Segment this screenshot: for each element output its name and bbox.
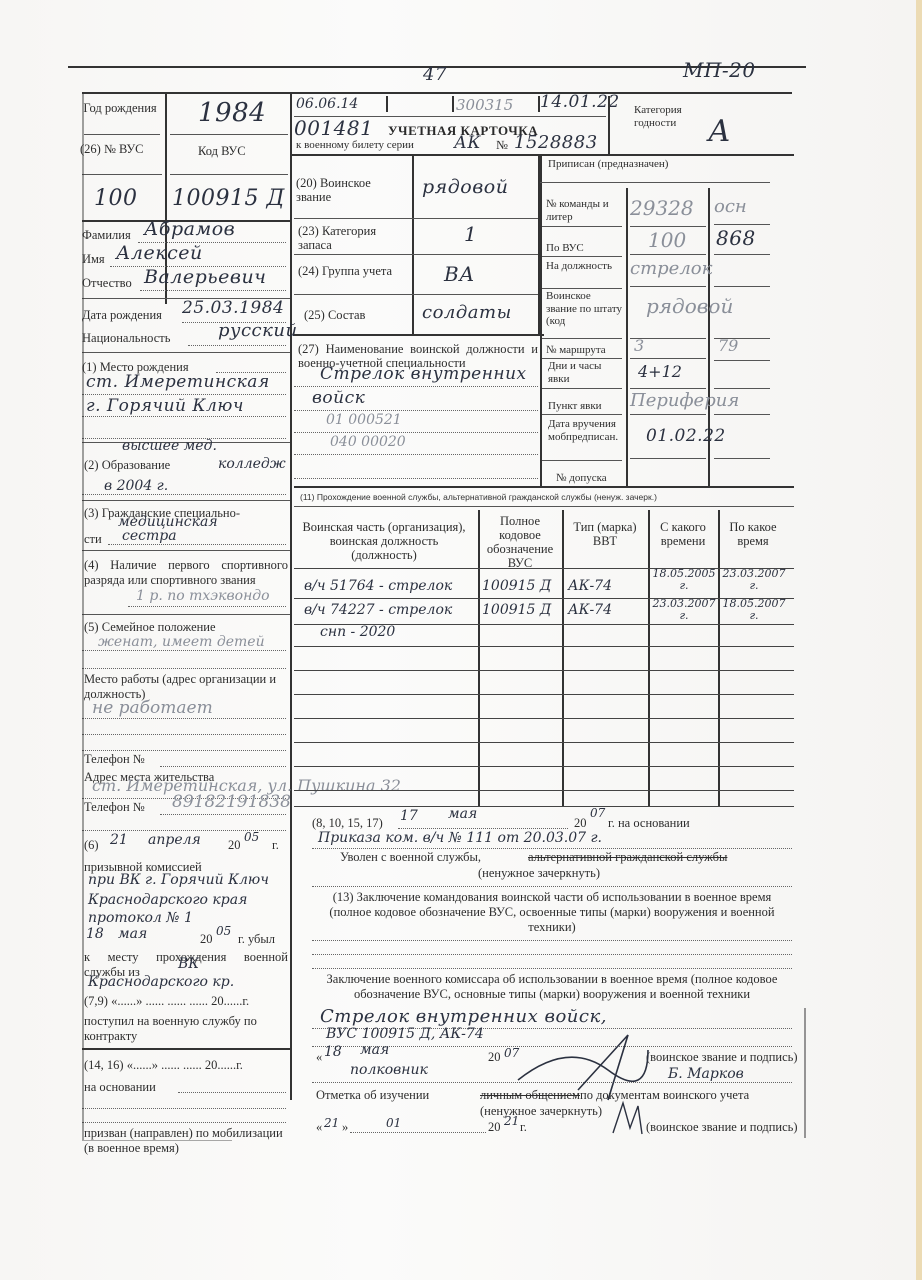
vus-no-label: (26) № ВУС xyxy=(80,142,144,156)
assigned-v1-1: 100 xyxy=(648,228,686,252)
assigned-label-5: Дни и часы явки xyxy=(548,360,618,385)
service-cell-vus: 100915 Д xyxy=(482,602,551,618)
left-border xyxy=(82,94,84,1140)
dotted-line xyxy=(82,718,286,719)
phone2-label: Телефон № xyxy=(84,800,145,814)
vus-no-value: 100 xyxy=(94,186,138,211)
divider xyxy=(82,174,162,175)
service-cell-to: 18.05.2007 г. xyxy=(722,598,786,622)
divider xyxy=(630,226,706,227)
item6-suffix: г. xyxy=(272,838,279,852)
service-cell-unit: в/ч 51764 - стрелок xyxy=(304,578,452,594)
service-col-to: По какое время xyxy=(720,520,786,548)
discharged-struck: альтернативной гражданской службы xyxy=(528,850,727,864)
divider xyxy=(294,742,794,743)
form-code: МП-20 xyxy=(683,58,756,82)
surname-value: Абрамов xyxy=(144,218,235,240)
divider xyxy=(82,550,290,551)
education-line2: в 2004 г. xyxy=(104,478,168,494)
service-cell-from: 23.03.2007 г. xyxy=(652,598,716,622)
divider xyxy=(542,358,622,359)
study-text: по документам воинского учета xyxy=(580,1088,749,1102)
reserve-cat-value: 1 xyxy=(464,222,477,246)
item6-month: апреля xyxy=(148,832,201,848)
dotted-line xyxy=(350,1132,486,1133)
dotted-line xyxy=(178,1092,286,1093)
final-quote-close: » xyxy=(342,1120,348,1134)
divider xyxy=(648,510,650,806)
divider xyxy=(84,134,160,135)
card-subtitle: к военному билету серии xyxy=(296,139,414,152)
scanned-page: 47 МП-20 Год рождения 1984 (26) № ВУС Ко… xyxy=(0,0,922,1280)
assigned-v1-2: стрелок xyxy=(630,258,712,279)
commissar-line2: ВУС 100915 Д, АК-74 xyxy=(326,1026,484,1042)
card-number: 001481 xyxy=(294,116,373,140)
reserve-cat-label: (23) Категория запаса xyxy=(298,224,408,252)
divider xyxy=(294,670,794,671)
divider xyxy=(170,174,288,175)
dotted-line xyxy=(312,848,792,849)
commissar-date-year-prefix: 20 xyxy=(488,1050,501,1064)
dob-label: Дата рождения xyxy=(82,308,162,322)
item6-year: 05 xyxy=(244,830,259,844)
work-value: не работает xyxy=(92,698,213,718)
discharge-day: 17 xyxy=(400,808,418,824)
center-divider xyxy=(290,94,292,1100)
composition-label: (25) Состав xyxy=(304,308,365,322)
divider xyxy=(540,154,542,486)
assigned-v1-5: 4+12 xyxy=(638,362,682,381)
assigned-title: Приписан (предназначен) xyxy=(548,158,678,171)
service-cell-to: 23.03.2007 г. xyxy=(722,568,786,592)
dotted-line xyxy=(82,494,286,495)
assigned-v1-4: 3 xyxy=(634,336,644,355)
dotted-line xyxy=(312,954,792,955)
dotted-line xyxy=(312,968,792,969)
service-col-unit: Воинская часть (организация), воинская д… xyxy=(296,520,472,562)
commissar-title: Заключение военного комиссара об использ… xyxy=(312,972,792,1002)
final-day: 21 xyxy=(324,1116,339,1130)
dotted-line xyxy=(160,814,286,815)
assigned-label-2: На должность xyxy=(546,260,616,273)
discharge-prefix: (8, 10, 15, 17) xyxy=(312,816,383,830)
divider xyxy=(294,294,538,295)
education-label: (2) Образование xyxy=(84,458,170,472)
service-cell-unit: снп - 2020 xyxy=(320,624,395,640)
divider xyxy=(714,414,770,415)
dotted-line xyxy=(82,1122,286,1123)
commission-value: при ВК г. Горячий Ключ Краснодарского кр… xyxy=(88,870,288,910)
patronymic-value: Валерьевич xyxy=(144,266,267,288)
service-col-weapon: Тип (марка) ВВТ xyxy=(566,520,644,548)
dotted-line xyxy=(82,750,286,751)
divider xyxy=(542,288,622,289)
dotted-line xyxy=(294,386,538,387)
assigned-v2-4: 79 xyxy=(718,336,738,355)
divider xyxy=(292,154,794,156)
dotted-line xyxy=(140,290,286,291)
right-border xyxy=(804,1008,806,1138)
assigned-v1-0: 29328 xyxy=(630,196,694,220)
divider xyxy=(294,790,794,791)
divider xyxy=(294,218,538,219)
dotted-line xyxy=(82,668,286,669)
final-year-prefix: 20 xyxy=(488,1120,501,1134)
stamp-number: 300315 xyxy=(456,96,513,114)
conclusion13-title: (13) Заключение командования воинской ча… xyxy=(312,890,792,935)
assigned-v2-0: осн xyxy=(714,196,747,217)
final-sign-label: (воинское звание и подпись) xyxy=(646,1120,798,1134)
item6-day: 21 xyxy=(110,832,128,848)
divider xyxy=(714,388,770,389)
rank-label: (20) Воинское звание xyxy=(296,176,406,204)
rank-value: рядовой xyxy=(422,176,508,198)
dotted-line xyxy=(82,394,286,395)
commissar-signer-name: Б. Марков xyxy=(668,1066,744,1082)
dotted-line xyxy=(160,766,286,767)
nationality-label: Национальность xyxy=(82,331,170,345)
birthplace-line2: г. Горячий Ключ xyxy=(86,396,244,416)
divider xyxy=(630,358,706,359)
patronymic-label: Отчество xyxy=(82,276,132,290)
assigned-label-4: № маршрута xyxy=(546,344,606,357)
position-line2: войск xyxy=(312,388,365,408)
assigned-label-6: Пункт явки xyxy=(548,400,602,413)
service-col-from: С какого времени xyxy=(650,520,716,548)
divider xyxy=(608,96,610,154)
assigned-v2-1: 868 xyxy=(716,226,756,250)
position-line3: 01 000521 xyxy=(326,412,402,428)
assigned-label-1: По ВУС xyxy=(546,242,584,255)
divider xyxy=(412,154,414,334)
divider xyxy=(542,256,622,257)
commissar-quote-open: « xyxy=(316,1050,322,1064)
divider xyxy=(82,500,290,501)
nationality-value: русский xyxy=(218,320,298,341)
depart-from: ВК xyxy=(178,956,199,972)
page-edge xyxy=(916,0,922,1280)
commissar-sign-label: (воинское звание и подпись) xyxy=(646,1050,798,1064)
divider xyxy=(294,766,794,767)
discharge-order: Приказа ком. в/ч № 111 от 20.03.07 г. xyxy=(318,830,602,846)
mobilization-text: призван (направлен) по мобилизации (в во… xyxy=(84,1126,288,1156)
final-month: 01 xyxy=(386,1116,401,1130)
divider xyxy=(294,718,794,719)
depart-year-prefix: 20 xyxy=(200,932,213,946)
dotted-line xyxy=(82,734,286,735)
commissar-date-month: мая xyxy=(360,1042,389,1058)
assigned-v1-3: рядовой xyxy=(646,294,733,318)
dob-value: 25.03.1984 xyxy=(182,298,284,318)
divider xyxy=(630,286,706,287)
divider xyxy=(714,458,770,459)
birth-year-label: Год рождения xyxy=(80,101,160,115)
divider xyxy=(542,338,622,339)
divider xyxy=(452,96,454,112)
divider xyxy=(562,510,564,806)
birth-year-value: 1984 xyxy=(198,98,266,128)
depart-month: мая xyxy=(118,926,147,942)
service-cell-vus: 100915 Д xyxy=(482,578,551,594)
divider xyxy=(294,506,794,507)
bottom-border xyxy=(82,1140,232,1141)
final-year: 21 xyxy=(504,1114,519,1128)
divider xyxy=(170,134,288,135)
assigned-label-0: № команды и литер xyxy=(546,198,624,223)
divider xyxy=(294,598,794,599)
surname-label: Фамилия xyxy=(82,228,131,242)
service-cell-weapon: АК-74 xyxy=(568,602,612,618)
divider xyxy=(542,460,622,461)
divider xyxy=(82,352,290,353)
item6-prefix: (6) xyxy=(84,838,99,852)
divider xyxy=(630,388,706,389)
account-group-label: (24) Группа учета xyxy=(298,264,408,278)
discharged-text: Уволен с военной службы, xyxy=(340,850,481,864)
vus-code-label: Код ВУС xyxy=(198,144,246,158)
dotted-line xyxy=(108,544,286,545)
initials-signature-icon xyxy=(608,1098,648,1138)
family-label: (5) Семейное положение xyxy=(84,620,216,634)
civil-spec-value2: сестра xyxy=(122,528,177,544)
phone1-label: Телефон № xyxy=(84,752,145,766)
ticket-series: АК xyxy=(454,133,481,153)
divider xyxy=(386,96,388,112)
ticket-no-label: № xyxy=(496,138,508,152)
ticket-no: 1528883 xyxy=(514,132,598,153)
divider xyxy=(294,254,538,255)
dotted-line xyxy=(312,940,792,941)
dotted-line xyxy=(82,650,286,651)
study-struck: личным общением xyxy=(480,1088,580,1102)
discharge-basis: г. на основании xyxy=(608,816,690,830)
service-cell-unit: в/ч 74227 - стрелок xyxy=(304,602,452,618)
commission-value2: протокол № 1 xyxy=(88,910,193,926)
study-label: Отметка об изучении xyxy=(316,1088,429,1102)
depart-suffix: г. убыл xyxy=(238,932,275,946)
assigned-label-8: № допуска xyxy=(556,472,607,485)
service-title: (11) Прохождение военной службы, альтерн… xyxy=(300,492,657,502)
divider xyxy=(542,226,622,227)
service-cell-from: 18.05.2005 г. xyxy=(652,568,716,592)
family-value: женат, имеет детей xyxy=(98,634,265,650)
position-line4: 040 00020 xyxy=(330,434,406,450)
divider xyxy=(294,568,794,569)
name-value: Алексей xyxy=(116,242,203,264)
item79: (7,9) «......» ...... ...... ...... 20..… xyxy=(84,994,249,1008)
vus-code-value: 100915 Д xyxy=(172,186,285,211)
discharge-year-prefix: 20 xyxy=(574,816,587,830)
contract-text: поступил на военную службу по контракту xyxy=(84,1014,288,1044)
commissar-date-day: 18 xyxy=(324,1044,342,1060)
divider xyxy=(294,806,794,807)
divider xyxy=(294,334,544,336)
fitness-label: Категория годности xyxy=(634,104,704,129)
page-number: 47 xyxy=(423,64,447,85)
dotted-line xyxy=(294,478,538,479)
item1416: (14, 16) «......» ...... ...... 20......… xyxy=(84,1058,243,1072)
item6-year-prefix: 20 xyxy=(228,838,241,852)
basis-label: на основании xyxy=(84,1080,156,1094)
dotted-line xyxy=(128,606,286,607)
divider xyxy=(718,510,720,806)
divider xyxy=(714,224,770,225)
divider xyxy=(630,414,706,415)
composition-value: солдаты xyxy=(422,302,512,323)
divider xyxy=(82,614,290,615)
divider xyxy=(542,414,622,415)
dotted-line xyxy=(312,886,792,887)
depart-day: 18 xyxy=(86,926,104,942)
phone2-value: 89182191838 xyxy=(172,792,291,812)
service-cell-weapon: АК-74 xyxy=(568,578,612,594)
divider xyxy=(540,182,770,183)
birthplace-line1: ст. Имеретинская xyxy=(86,372,270,392)
divider xyxy=(478,510,480,806)
discharge-note: (ненужное зачеркнуть) xyxy=(478,866,600,880)
discharge-year: 07 xyxy=(590,806,605,820)
registration-card: 47 МП-20 Год рождения 1984 (26) № ВУС Ко… xyxy=(68,58,806,1128)
assigned-v1-7: 01.02.22 xyxy=(646,426,726,446)
fitness-value: А xyxy=(708,114,731,149)
assigned-v1-6: Периферия xyxy=(630,390,739,411)
position-line1: Стрелок внутренних xyxy=(320,364,527,384)
education-value: колледж xyxy=(218,456,286,472)
study-note: (ненужное зачеркнуть) xyxy=(480,1104,602,1118)
divider xyxy=(626,188,628,488)
divider xyxy=(82,1048,290,1050)
divider xyxy=(714,286,770,287)
sport-label: (4) Наличие первого спортивного разряда … xyxy=(84,558,288,588)
education-prefix: высшее мед. xyxy=(122,438,217,454)
assigned-label-3: Воинское звание по штату (код xyxy=(546,290,624,328)
dotted-line xyxy=(82,1108,286,1109)
depart-from2: Краснодарского кр. xyxy=(88,974,234,990)
divider xyxy=(630,458,706,459)
depart-year: 05 xyxy=(216,924,231,938)
dotted-line xyxy=(398,828,568,829)
divider xyxy=(294,486,794,488)
divider xyxy=(542,388,622,389)
divider xyxy=(294,694,794,695)
name-label: Имя xyxy=(82,252,105,266)
dotted-line xyxy=(294,410,538,411)
header-top-line xyxy=(82,92,792,94)
sport-value: 1 р. по тхэквондо xyxy=(136,588,270,604)
final-quote-open: « xyxy=(316,1120,322,1134)
divider xyxy=(714,254,770,255)
assigned-label-7: Дата вручения мобпредписан. xyxy=(548,418,620,443)
divider xyxy=(630,254,706,255)
dotted-line xyxy=(294,432,538,433)
commissar-line1: Стрелок внутренних войск, xyxy=(320,1006,607,1027)
divider xyxy=(294,646,794,647)
discharge-month: мая xyxy=(448,806,477,822)
dotted-line xyxy=(82,416,286,417)
final-suffix: г. xyxy=(520,1120,527,1134)
account-group-value: ВА xyxy=(444,262,475,286)
date-top-left: 06.06.14 xyxy=(296,96,358,112)
service-col-vus: Полное кодовое обозначение ВУС xyxy=(482,514,558,570)
dotted-line xyxy=(294,454,538,455)
divider xyxy=(714,360,770,361)
civil-spec-label2: сти xyxy=(84,532,102,546)
commissar-signer-rank: полковник xyxy=(350,1062,428,1078)
dotted-line xyxy=(188,345,286,346)
